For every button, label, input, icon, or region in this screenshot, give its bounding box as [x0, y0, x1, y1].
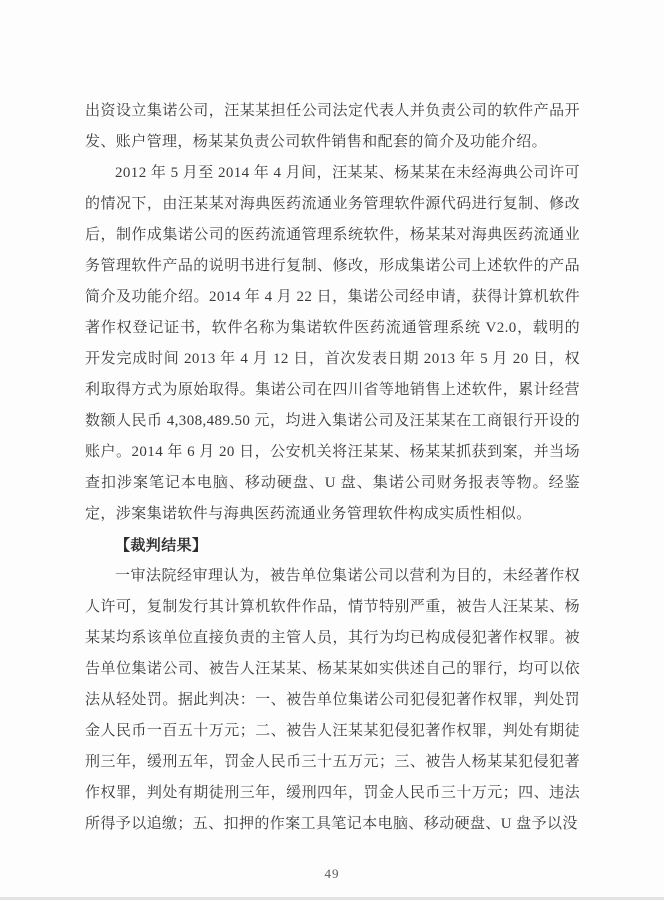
paragraph-judgment: 一审法院经审理认为，被告单位集诺公司以营利为目的，未经著作权人许可，复制发行其计… [85, 561, 580, 840]
section-heading-judgment-result: 【裁判结果】 [85, 530, 580, 561]
document-page: 出资设立集诺公司，汪某某担任公司法定代表人并负责公司的软件产品开发、账户管理，杨… [0, 0, 664, 900]
paragraph-facts-continuation: 出资设立集诺公司，汪某某担任公司法定代表人并负责公司的软件产品开发、账户管理，杨… [85, 96, 580, 158]
document-body: 出资设立集诺公司，汪某某担任公司法定代表人并负责公司的软件产品开发、账户管理，杨… [85, 96, 580, 840]
page-number: 49 [0, 866, 664, 882]
paragraph-case-facts: 2012 年 5 月至 2014 年 4 月间，汪某某、杨某某在未经海典公司许可… [85, 158, 580, 530]
